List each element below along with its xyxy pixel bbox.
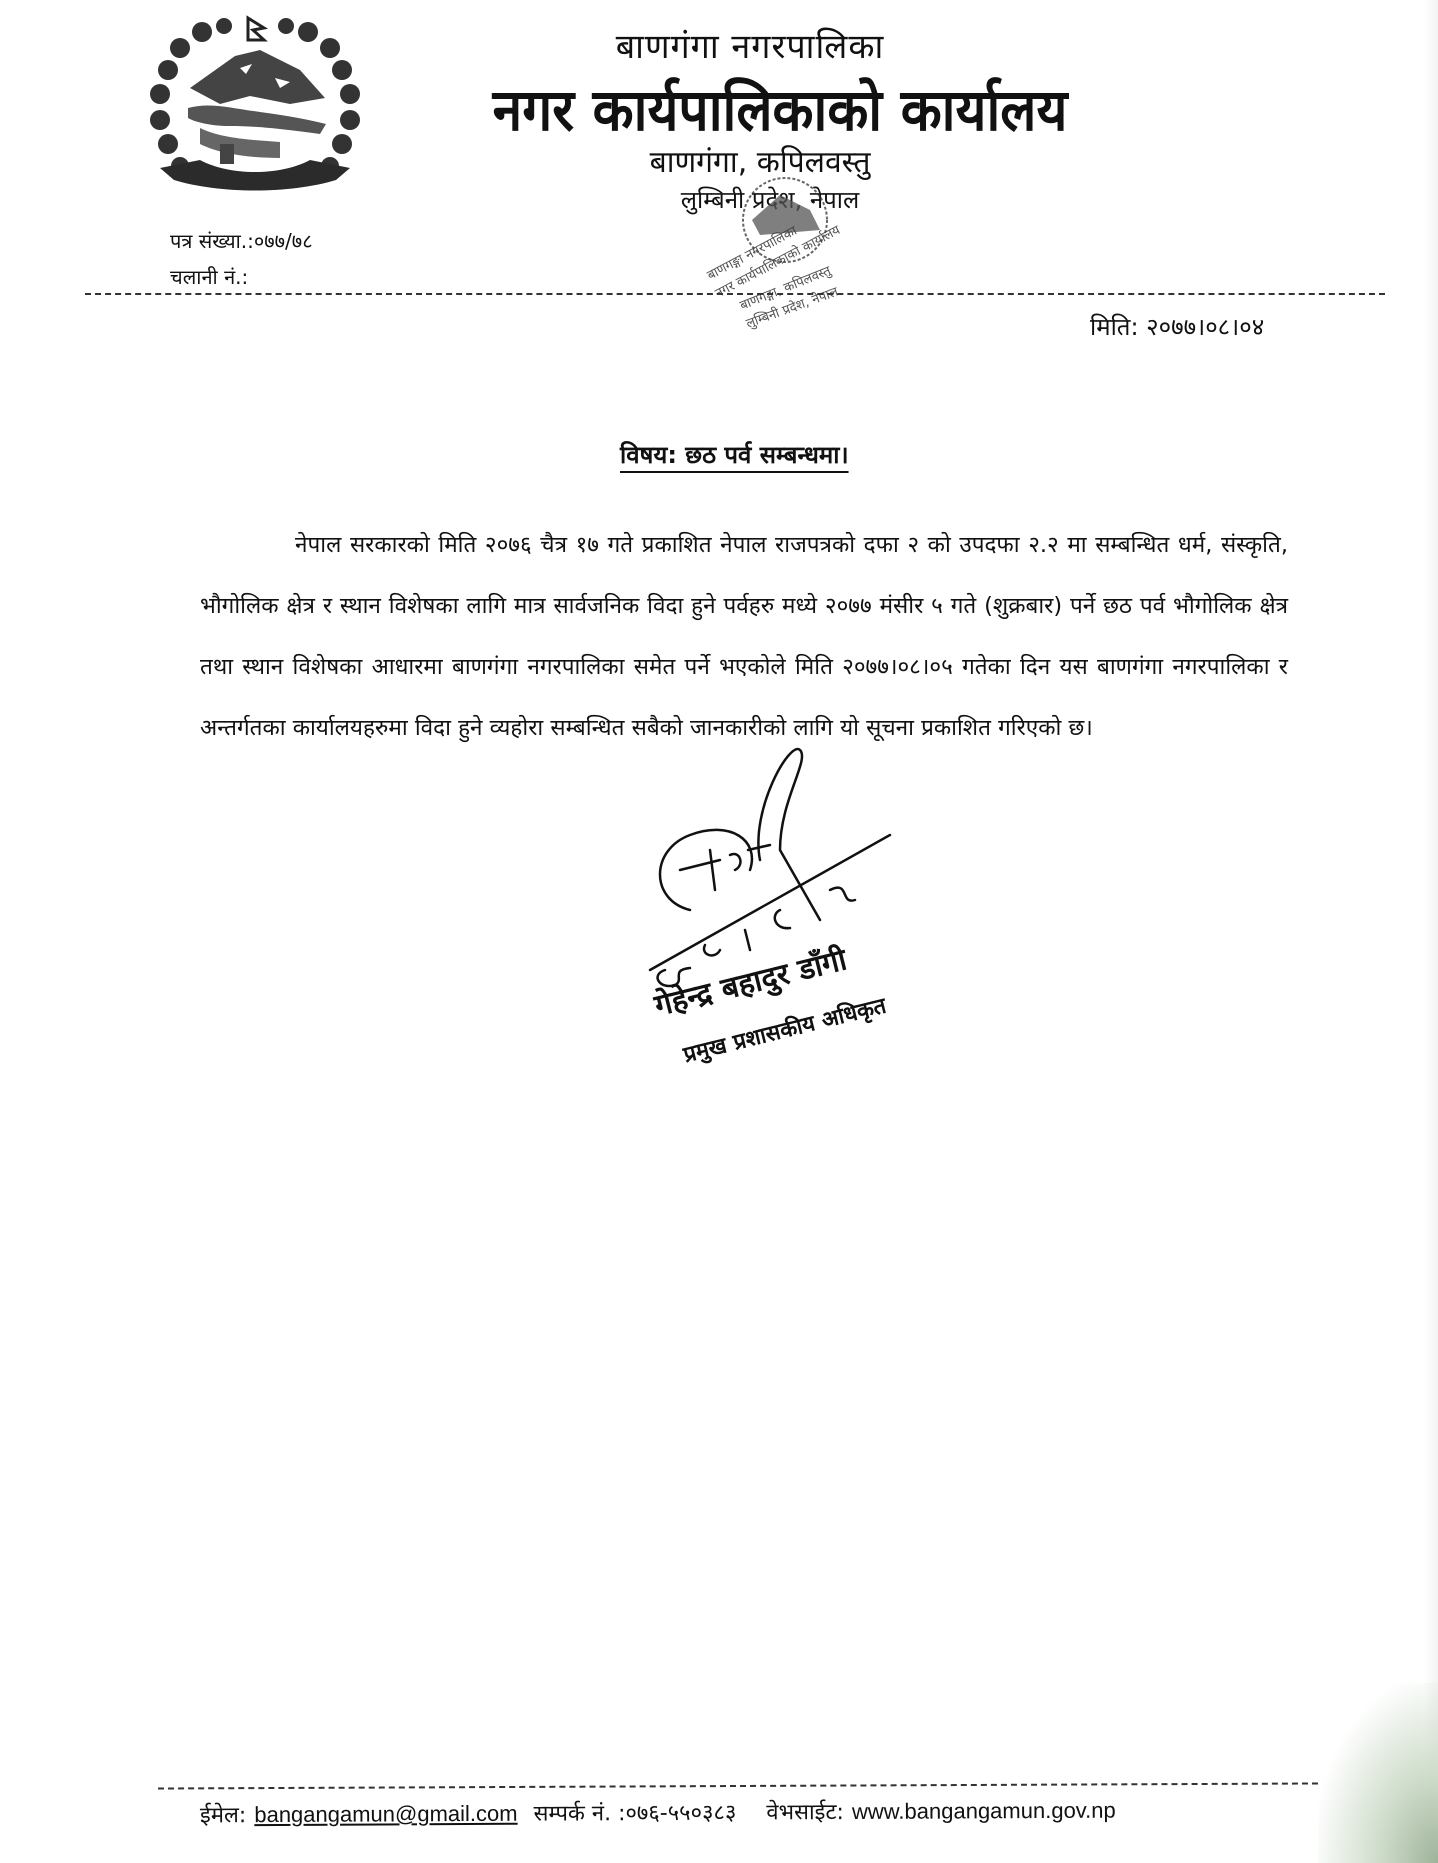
email-link[interactable]: bangangamun@gmail.com xyxy=(254,1801,517,1827)
website-label: वेभसाईट: xyxy=(766,1800,844,1825)
nepal-emblem-icon xyxy=(140,8,370,198)
municipality-name: बाणगंगा नगरपालिका xyxy=(540,22,960,68)
footer-contact: ईमेल:bangangamun@gmail.comसम्पर्क नं. :०… xyxy=(200,1795,1116,1830)
letter-body: नेपाल सरकारको मिति २०७६ चैत्र १७ गते प्र… xyxy=(200,515,1288,759)
body-paragraph: नेपाल सरकारको मिति २०७६ चैत्र १७ गते प्र… xyxy=(200,515,1288,759)
letter-subject: विषय: छठ पर्व सम्बन्धमा। xyxy=(620,438,849,471)
scan-shadow xyxy=(1318,1683,1438,1863)
email-label: ईमेल: xyxy=(200,1803,246,1828)
letter-date: मिति: २०७७।०८।०४ xyxy=(1090,310,1264,343)
office-title: नगर कार्यपालिकाको कार्यालय xyxy=(467,68,1093,147)
scan-edge xyxy=(1424,0,1438,1863)
dispatch-number: चलानी नं.: xyxy=(170,263,248,290)
office-seal-stamp-icon: बाणगङ्गा नगरपालिका नगर कार्यपालिकाको कार… xyxy=(690,160,920,350)
footer-divider xyxy=(158,1782,1318,1789)
website-link[interactable]: www.bangangamun.gov.np xyxy=(852,1798,1116,1824)
header-divider xyxy=(85,293,1385,295)
letter-number: पत्र संख्या.:०७७/७८ xyxy=(170,227,313,254)
phone-number: सम्पर्क नं. :०७६-५५०३८३ xyxy=(534,1801,737,1827)
